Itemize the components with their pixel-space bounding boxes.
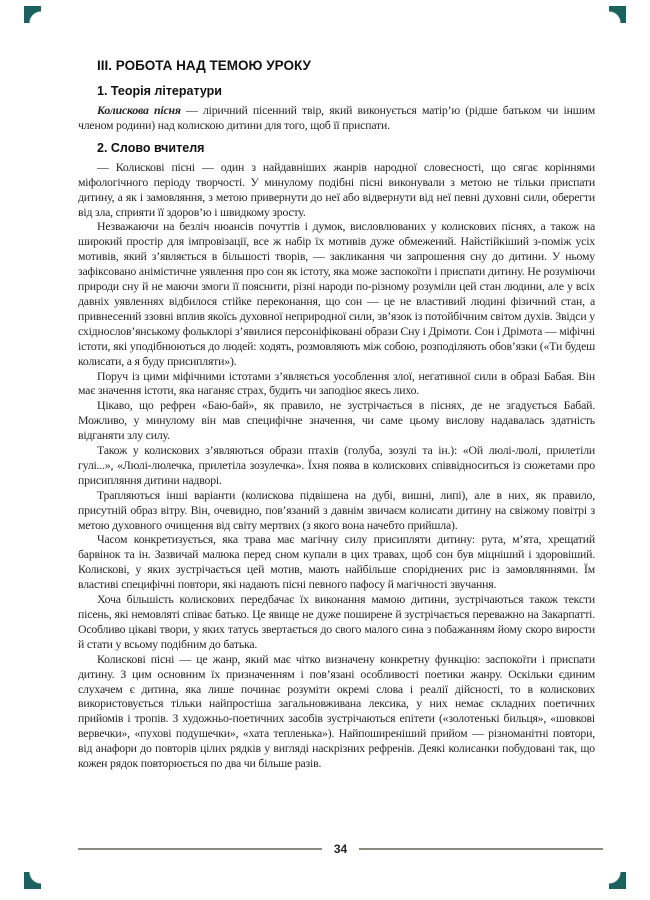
book-page: III. РОБОТА НАД ТЕМОЮ УРОКУ 1. Теорія лі…: [0, 0, 650, 900]
footer-rule-left: [78, 848, 322, 850]
page-content: III. РОБОТА НАД ТЕМОЮ УРОКУ 1. Теорія лі…: [78, 58, 595, 771]
subheading-theory: 1. Теорія літератури: [97, 84, 595, 98]
footer-rule-right: [359, 848, 603, 850]
paragraph: Хоча більшість колискових передбачає їх …: [78, 592, 595, 652]
corner-ornament-bottom-left-icon: [24, 872, 41, 889]
paragraph: — Колискові пісні — один з найдавніших ж…: [78, 160, 595, 220]
definition-term: Колискова пісня: [97, 103, 181, 117]
paragraph: Також у колискових з’являються образи пт…: [78, 443, 595, 488]
paragraph: Незважаючи на безліч нюансів почуттів і …: [78, 219, 595, 368]
corner-ornament-top-left-icon: [24, 6, 41, 23]
paragraph: Трапляються інші варіанти (колискова під…: [78, 488, 595, 533]
definition-paragraph: Колискова пісня — ліричний пісенний твір…: [78, 103, 595, 133]
corner-ornament-top-right-icon: [609, 6, 626, 23]
page-footer: 34: [78, 842, 603, 856]
section-title: III. РОБОТА НАД ТЕМОЮ УРОКУ: [97, 58, 595, 73]
paragraph: Поруч із цими міфічними істотами з’являє…: [78, 369, 595, 399]
paragraph: Колискові пісні — це жанр, який має чітк…: [78, 652, 595, 771]
paragraph: Часом конкретизується, яка трава має маг…: [78, 532, 595, 592]
page-number: 34: [334, 842, 347, 856]
subheading-teacher-word: 2. Слово вчителя: [97, 141, 595, 155]
paragraph: Цікаво, що рефрен «Баю-бай», як правило,…: [78, 398, 595, 443]
corner-ornament-bottom-right-icon: [609, 872, 626, 889]
